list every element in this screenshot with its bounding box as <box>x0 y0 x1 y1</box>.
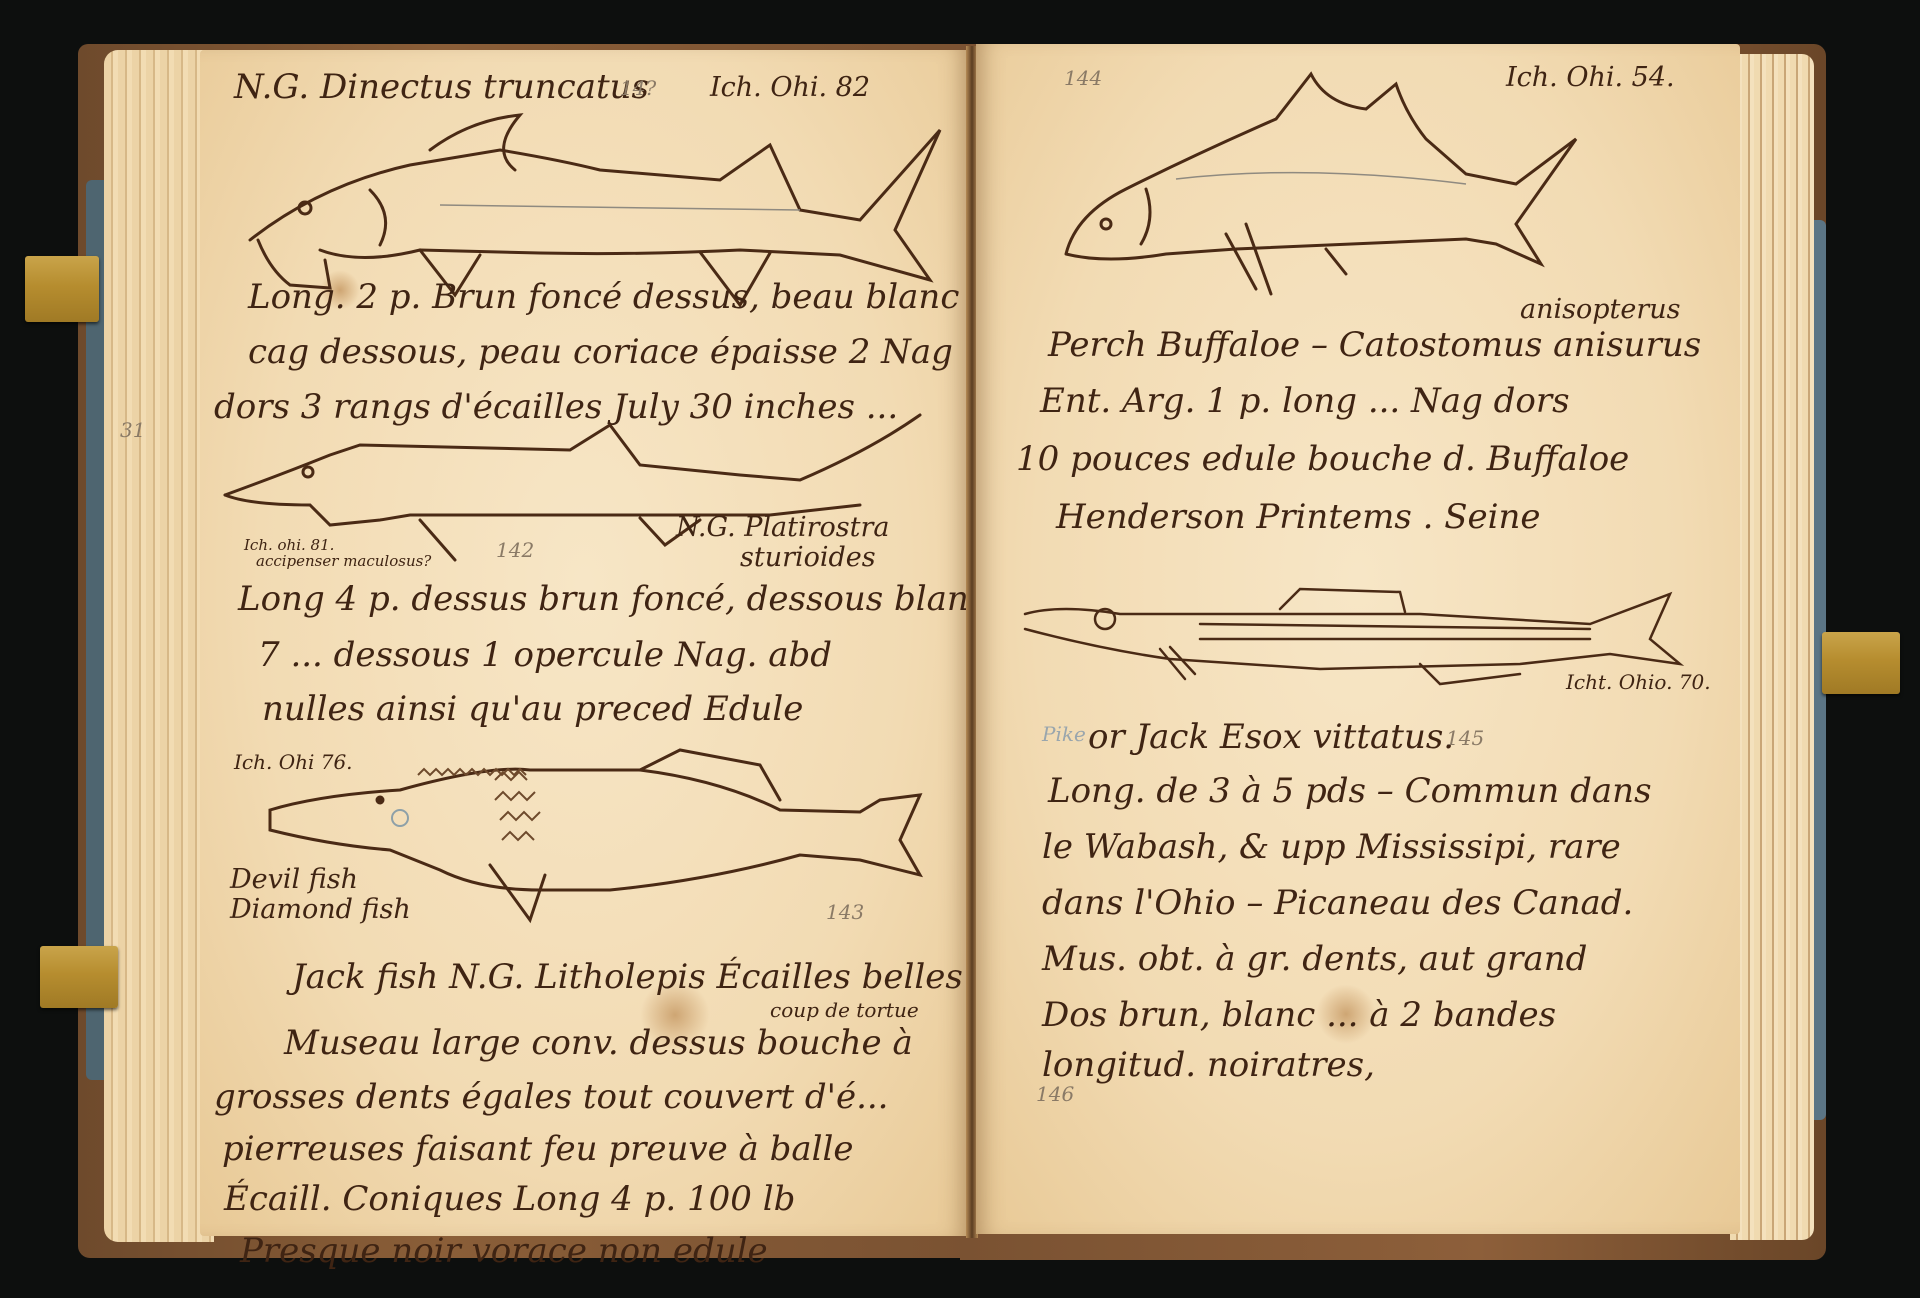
pencil-page-number: 142 <box>496 540 534 560</box>
brass-clasp-top-left <box>25 256 99 322</box>
entry-line: le Wabash, & upp Mississipi, rare <box>1042 830 1621 864</box>
right-page: 144 Ich. Ohi. 54. anisopterus Perch Buff… <box>976 44 1740 1234</box>
pencil-page-number: 146 <box>1036 1084 1074 1104</box>
entry-line: 10 pouces edule bouche d. Buffaloe <box>1016 442 1629 476</box>
entry-line: Long 4 p. dessus brun foncé, dessous bla… <box>238 582 988 616</box>
entry-line: 7 ... dessous 1 opercule Nag. abd <box>258 638 832 672</box>
entry-line: Mus. obt. à gr. dents, aut grand <box>1042 942 1587 976</box>
margin-pencil-number: 31 <box>120 420 145 440</box>
entry-line: Dos brun, blanc ... à 2 bandes <box>1042 998 1556 1032</box>
entry-line: Écaill. Coniques Long 4 p. 100 lb <box>224 1182 795 1216</box>
entry-line: pierreuses faisant feu preuve à balle <box>222 1132 854 1166</box>
entry-line: cag dessous, peau coriace épaisse 2 Nag <box>248 335 953 369</box>
entry-line: Long. 2 p. Brun foncé dessus, beau blanc <box>248 280 959 314</box>
entry-line: Jack fish N.G. Litholepis Écailles belle… <box>292 960 963 994</box>
entry-line: dans l'Ohio – Picaneau des Canad. <box>1042 886 1633 920</box>
pencil-page-number: 145 <box>1446 728 1484 748</box>
page-stack-left <box>104 50 214 1242</box>
common-name: Devil fish <box>230 866 358 893</box>
entry-line: Long. de 3 à 5 pds – Commun dans <box>1048 774 1652 808</box>
pencil-note: accipenser maculosus? <box>256 554 431 569</box>
superscript-correction: anisopterus <box>1520 296 1681 323</box>
reference-label: Ich. ohi. 81. <box>244 538 334 553</box>
buffalo-fish-sketch-icon <box>1046 64 1606 294</box>
common-name: Diamond fish <box>230 896 411 923</box>
brass-clasp-bottom-left <box>40 946 118 1008</box>
entry-line: Museau large conv. dessus bouche à <box>284 1026 913 1060</box>
entry-line: nulles ainsi qu'au preced Edule <box>262 692 803 726</box>
left-page: N.G. Dinectus truncatus 14? Ich. Ohi. 82… <box>200 50 968 1236</box>
species-name-line-2: sturioides <box>740 544 876 571</box>
species-name: N.G. Platirostra <box>676 514 890 541</box>
reference-label: Icht. Ohio. 70. <box>1566 672 1711 692</box>
entry-line: grosses dents égales tout couvert d'é... <box>214 1080 889 1114</box>
entry-line-superscript: coup de tortue <box>770 1000 919 1020</box>
species-title: or Jack Esox vittatus. <box>1088 720 1454 754</box>
pencil-prefix: Pike <box>1042 724 1086 744</box>
pencil-page-number: 143 <box>826 902 864 922</box>
open-notebook: N.G. Dinectus truncatus 14? Ich. Ohi. 82… <box>0 0 1920 1298</box>
entry-line: Ent. Arg. 1 p. long ... Nag dors <box>1040 384 1570 418</box>
entry-line: Henderson Printems . Seine <box>1056 500 1541 534</box>
page-stack-right <box>1730 54 1814 1240</box>
entry-line: Perch Buffaloe – Catostomus anisurus <box>1048 328 1701 362</box>
entry-line: Presque noir vorace non edule <box>240 1234 768 1268</box>
entry-line: longitud. noiratres, <box>1042 1048 1375 1082</box>
brass-clasp-right <box>1822 632 1900 694</box>
